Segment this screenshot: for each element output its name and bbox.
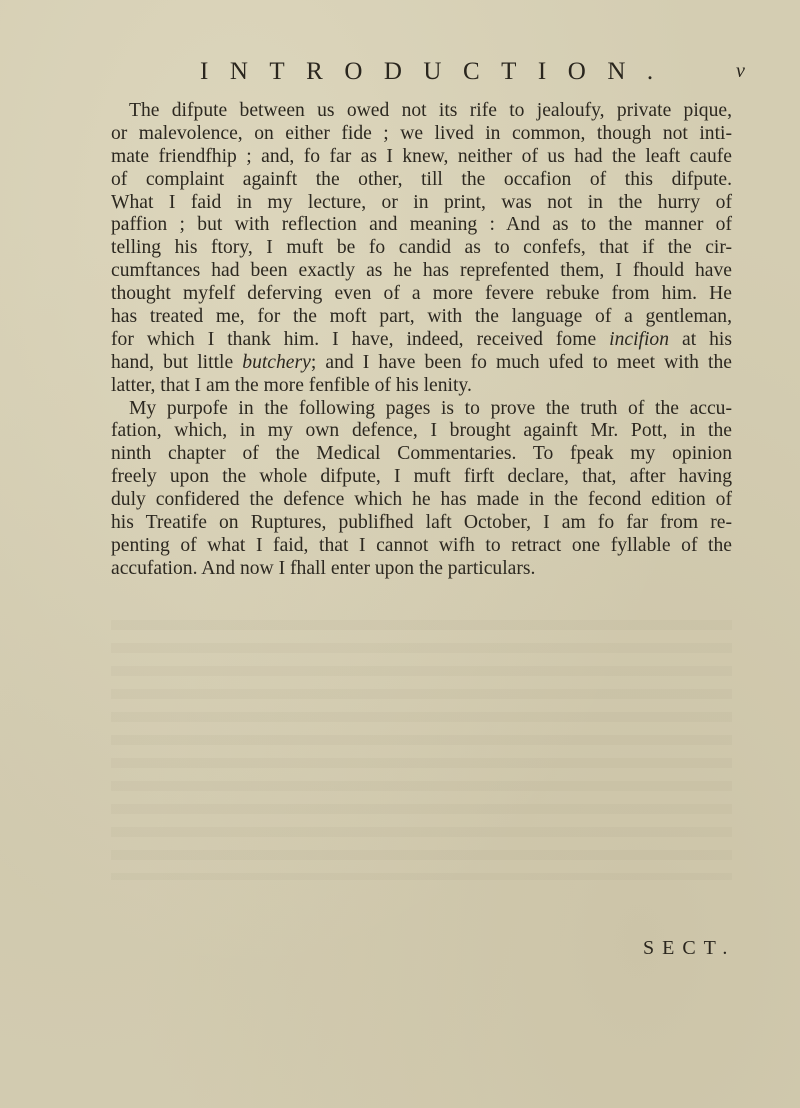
text-line: What I faid in my lecture, or in print, … [111, 192, 732, 215]
text-run: hand, but little [111, 352, 242, 373]
text-line: latter, that I am the more fenfible of h… [111, 375, 732, 398]
paragraph-2: My purpofe in the following pages is to … [111, 398, 732, 581]
text-run: at his [669, 329, 732, 350]
text-line-with-italic: for which I thank him. I have, indeed, r… [111, 329, 732, 352]
text-run: ; and I have been fo much ufed to meet w… [311, 352, 732, 373]
book-page: INTRODUCTION. v The difpute between us o… [0, 0, 800, 1108]
text-line: mate friendfhip ; and, fo far as I knew,… [111, 146, 732, 169]
text-line: The difpute between us owed not its rife… [111, 100, 732, 123]
text-line: penting of what I faid, that I cannot wi… [111, 535, 732, 558]
text-line: ninth chapter of the Medical Commentarie… [111, 443, 732, 466]
text-line: freely upon the whole difpute, I muft fi… [111, 466, 732, 489]
chapter-title: INTRODUCTION. [200, 58, 675, 86]
text-line: thought myfelf deferving even of a more … [111, 283, 732, 306]
text-line: or malevolence, on either fide ; we live… [111, 123, 732, 146]
catchword: SECT. [643, 937, 735, 960]
text-run: for which I thank him. I have, indeed, r… [111, 329, 609, 350]
text-line: telling his ftory, I muft be fo candid a… [111, 237, 732, 260]
text-line: fation, which, in my own defence, I brou… [111, 420, 732, 443]
text-line: duly confidered the defence which he has… [111, 489, 732, 512]
text-line-with-italic: hand, but little butchery; and I have be… [111, 352, 732, 375]
text-line: cumftances had been exactly as he has re… [111, 260, 732, 283]
italic-word-incision: incifion [609, 329, 669, 350]
text-line: accufation. And now I fhall enter upon t… [111, 558, 732, 581]
show-through-texture [111, 620, 732, 880]
text-line: My purpofe in the following pages is to … [111, 398, 732, 421]
italic-word-butchery: butchery [242, 352, 311, 373]
text-line: his Treatife on Ruptures, publifhed laft… [111, 512, 732, 535]
running-head: INTRODUCTION. v [200, 58, 760, 92]
body-text: The difpute between us owed not its rife… [111, 100, 732, 581]
text-line: of complaint againft the other, till the… [111, 169, 732, 192]
text-line: has treated me, for the moft part, with … [111, 306, 732, 329]
text-line: paffion ; but with reflection and meanin… [111, 214, 732, 237]
paragraph-1: The difpute between us owed not its rife… [111, 100, 732, 398]
page-number: v [736, 60, 745, 83]
